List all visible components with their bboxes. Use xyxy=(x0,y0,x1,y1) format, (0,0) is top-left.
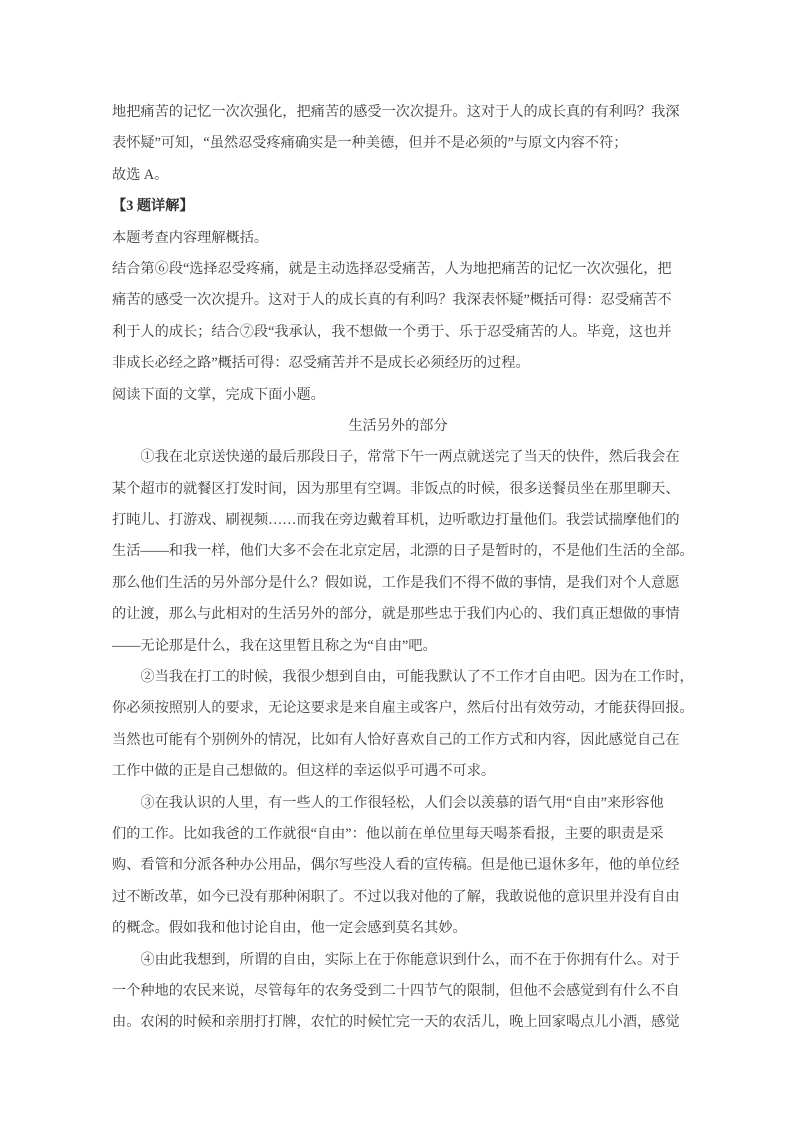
analysis-line: 表怀疑”可知，“虽然忍受疼痛确实是一种美德，但并不是必须的”与原文内容不符； xyxy=(112,128,684,159)
article-line: ④由此我想到，所谓的自由，实际上在于你能意识到什么，而不在于你拥有什么。对于 xyxy=(112,945,684,976)
analysis-line: 结合第⑥段“选择忍受疼痛，就是主动选择忍受痛苦，人为地把痛苦的记忆一次次强化，把 xyxy=(112,254,684,285)
analysis-line: 本题考查内容理解概括。 xyxy=(112,223,684,254)
document-page: 地把痛苦的记忆一次次强化，把痛苦的感受一次次提升。这对于人的成长真的有利吗？我深… xyxy=(0,0,793,1122)
article-line: 打盹儿、打游戏、刷视频……而我在旁边戴着耳机，边听歌边打量他们。我尝试揣摩他们的 xyxy=(112,505,684,536)
article-line: ①我在北京送快递的最后那段日子，常常下午一两点就送完了当天的快件，然后我会在 xyxy=(112,442,684,473)
article-line: 由。农闲的时候和亲朋打打牌，农忙的时候忙完一天的农活儿，晚上回家喝点儿小酒，感觉 xyxy=(112,1007,684,1038)
article-line: ②当我在打工的时候，我很少想到自由，可能我默认了不工作才自由吧。因为在工作时， xyxy=(112,662,684,693)
article-line: 一个种地的农民来说，尽管每年的农务受到二十四节气的限制，但他不会感觉到有什么不自 xyxy=(112,976,684,1007)
article-line: 生活——和我一样，他们大多不会在北京定居，北漂的日子是暂时的，不是他们生活的全部… xyxy=(112,536,684,567)
analysis-line: 痛苦的感受一次次提升。这对于人的成长真的有利吗？我深表怀疑”概括可得：忍受痛苦不 xyxy=(112,285,684,316)
article-line: 的让渡，那么与此相对的生活另外的部分，就是那些忠于我们内心的、我们真正想做的事情 xyxy=(112,599,684,630)
article-line: 购、看管和分派各种办公用品，偶尔写些没人看的宣传稿。但是他已退休多年，他的单位经 xyxy=(112,850,684,881)
article-line: 那么他们生活的另外部分是什么？假如说，工作是我们不得不做的事情，是我们对个人意愿 xyxy=(112,568,684,599)
article-line: 当然也可能有个别例外的情况，比如有人恰好喜欢自己的工作方式和内容，因此感觉自己在 xyxy=(112,725,684,756)
analysis-line: 非成长必经之路”概括可得：忍受痛苦并不是成长必须经历的过程。 xyxy=(112,348,684,379)
analysis-line: 利于人的成长；结合⑦段“我承认，我不想做一个勇于、乐于忍受痛苦的人。毕竟，这也并 xyxy=(112,317,684,348)
article-line: ——无论那是什么，我在这里暂且称之为“自由”吧。 xyxy=(112,631,684,662)
analysis-line: 故选 A。 xyxy=(112,160,684,191)
article-line: 你必须按照别人的要求，无论这要求是来自雇主或客户，然后付出有效劳动，才能获得回报… xyxy=(112,693,684,724)
question-3-heading: 【3 题详解】 xyxy=(112,191,684,222)
article-line: 某个超市的就餐区打发时间，因为那里有空调。非饭点的时候，很多送餐员坐在那里聊天、 xyxy=(112,474,684,505)
article-line: 们的工作。比如我爸的工作就很“自由”：他以前在单位里每天喝茶看报，主要的职责是采 xyxy=(112,819,684,850)
article-line: ③在我认识的人里，有一些人的工作很轻松，人们会以羡慕的语气用“自由”来形容他 xyxy=(112,788,684,819)
analysis-line: 地把痛苦的记忆一次次强化，把痛苦的感受一次次提升。这对于人的成长真的有利吗？我深 xyxy=(112,97,684,128)
document-content: 地把痛苦的记忆一次次强化，把痛苦的感受一次次提升。这对于人的成长真的有利吗？我深… xyxy=(112,97,684,1039)
article-line: 的概念。假如我和他讨论自由，他一定会感到莫名其妙。 xyxy=(112,913,684,944)
reading-instruction: 阅读下面的文掌，完成下面小题。 xyxy=(112,380,684,411)
article-line: 工作中做的正是自己想做的。但这样的幸运似乎可遇不可求。 xyxy=(112,756,684,787)
article-line: 过不断改革，如今已没有那种闲职了。不过以我对他的了解，我敢说他的意识里并没有自由 xyxy=(112,882,684,913)
article-title: 生活另外的部分 xyxy=(112,411,684,442)
